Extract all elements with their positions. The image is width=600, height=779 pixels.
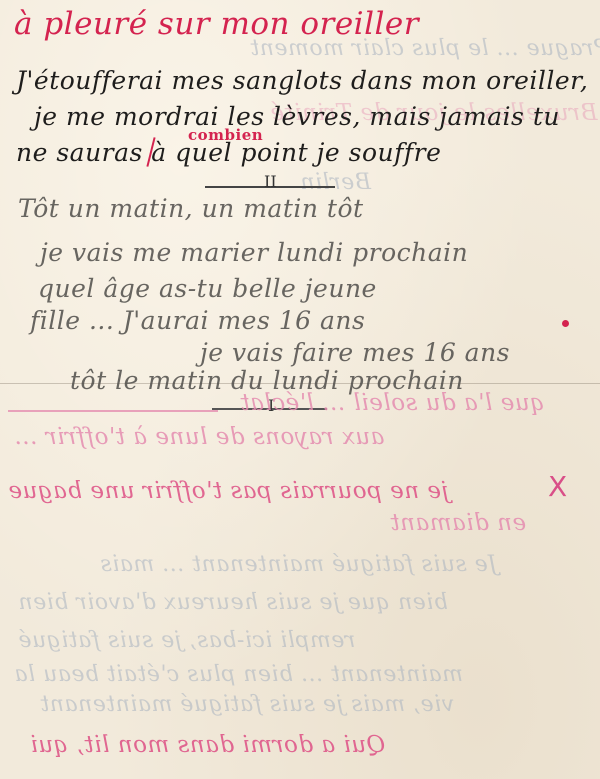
stanza2-line-2: je vais me marier lundi prochain: [40, 238, 468, 267]
title-red-handwriting: à pleuré sur mon oreiller: [14, 6, 419, 42]
bleed-strikethrough: [8, 410, 218, 412]
stanza2-line-4: fille ... J'aurai mes 16 ans: [30, 306, 365, 335]
stanza1-line-1: J'étoufferai mes sanglots dans mon oreil…: [16, 66, 588, 95]
bleed-through-line: bien que je suis heureux d'avoir bien: [18, 590, 448, 615]
bleed-through-line: rempli ici-bas, je suis fatigué: [18, 628, 355, 653]
stanza2-line-1: Tôt un matin, un matin tôt: [18, 194, 364, 223]
bleed-through-line: Qui a dormi dans mon lit, qui: [30, 732, 386, 758]
manuscript-page: Prague ... le plus clair moment Bruxelle…: [0, 0, 600, 779]
stanza2-line-5: je vais faire mes 16 ans: [200, 338, 510, 367]
bleed-through-line: maintenant ... bien plus c'était beau la: [14, 662, 463, 687]
bleed-through-line: Berlin: [300, 170, 371, 195]
bleed-through-line: en diamant: [390, 510, 526, 536]
bleed-through-line: aux rayons de lune à t'offrir ...: [14, 424, 384, 450]
red-ink-dot: [562, 320, 569, 327]
stanza1-line-2: je me mordrai les lèvres, mais jamais tu: [34, 102, 560, 131]
section-marker-II: II: [264, 172, 277, 191]
bleed-through-line: vie, mais je suis fatigué maintenant: [40, 692, 454, 717]
bleed-through-line: Je suis fatigué maintenant ... mais: [100, 552, 497, 577]
stanza2-line-3: quel âge as-tu belle jeune: [38, 274, 377, 303]
correction-combien: combien: [188, 126, 263, 144]
bleed-through-line: je ne pourrais pas t'offrir une bague: [8, 478, 449, 504]
x-mark: X: [548, 470, 567, 503]
bleed-through-line: que l'a du soleil ... l'éclat: [240, 390, 545, 416]
